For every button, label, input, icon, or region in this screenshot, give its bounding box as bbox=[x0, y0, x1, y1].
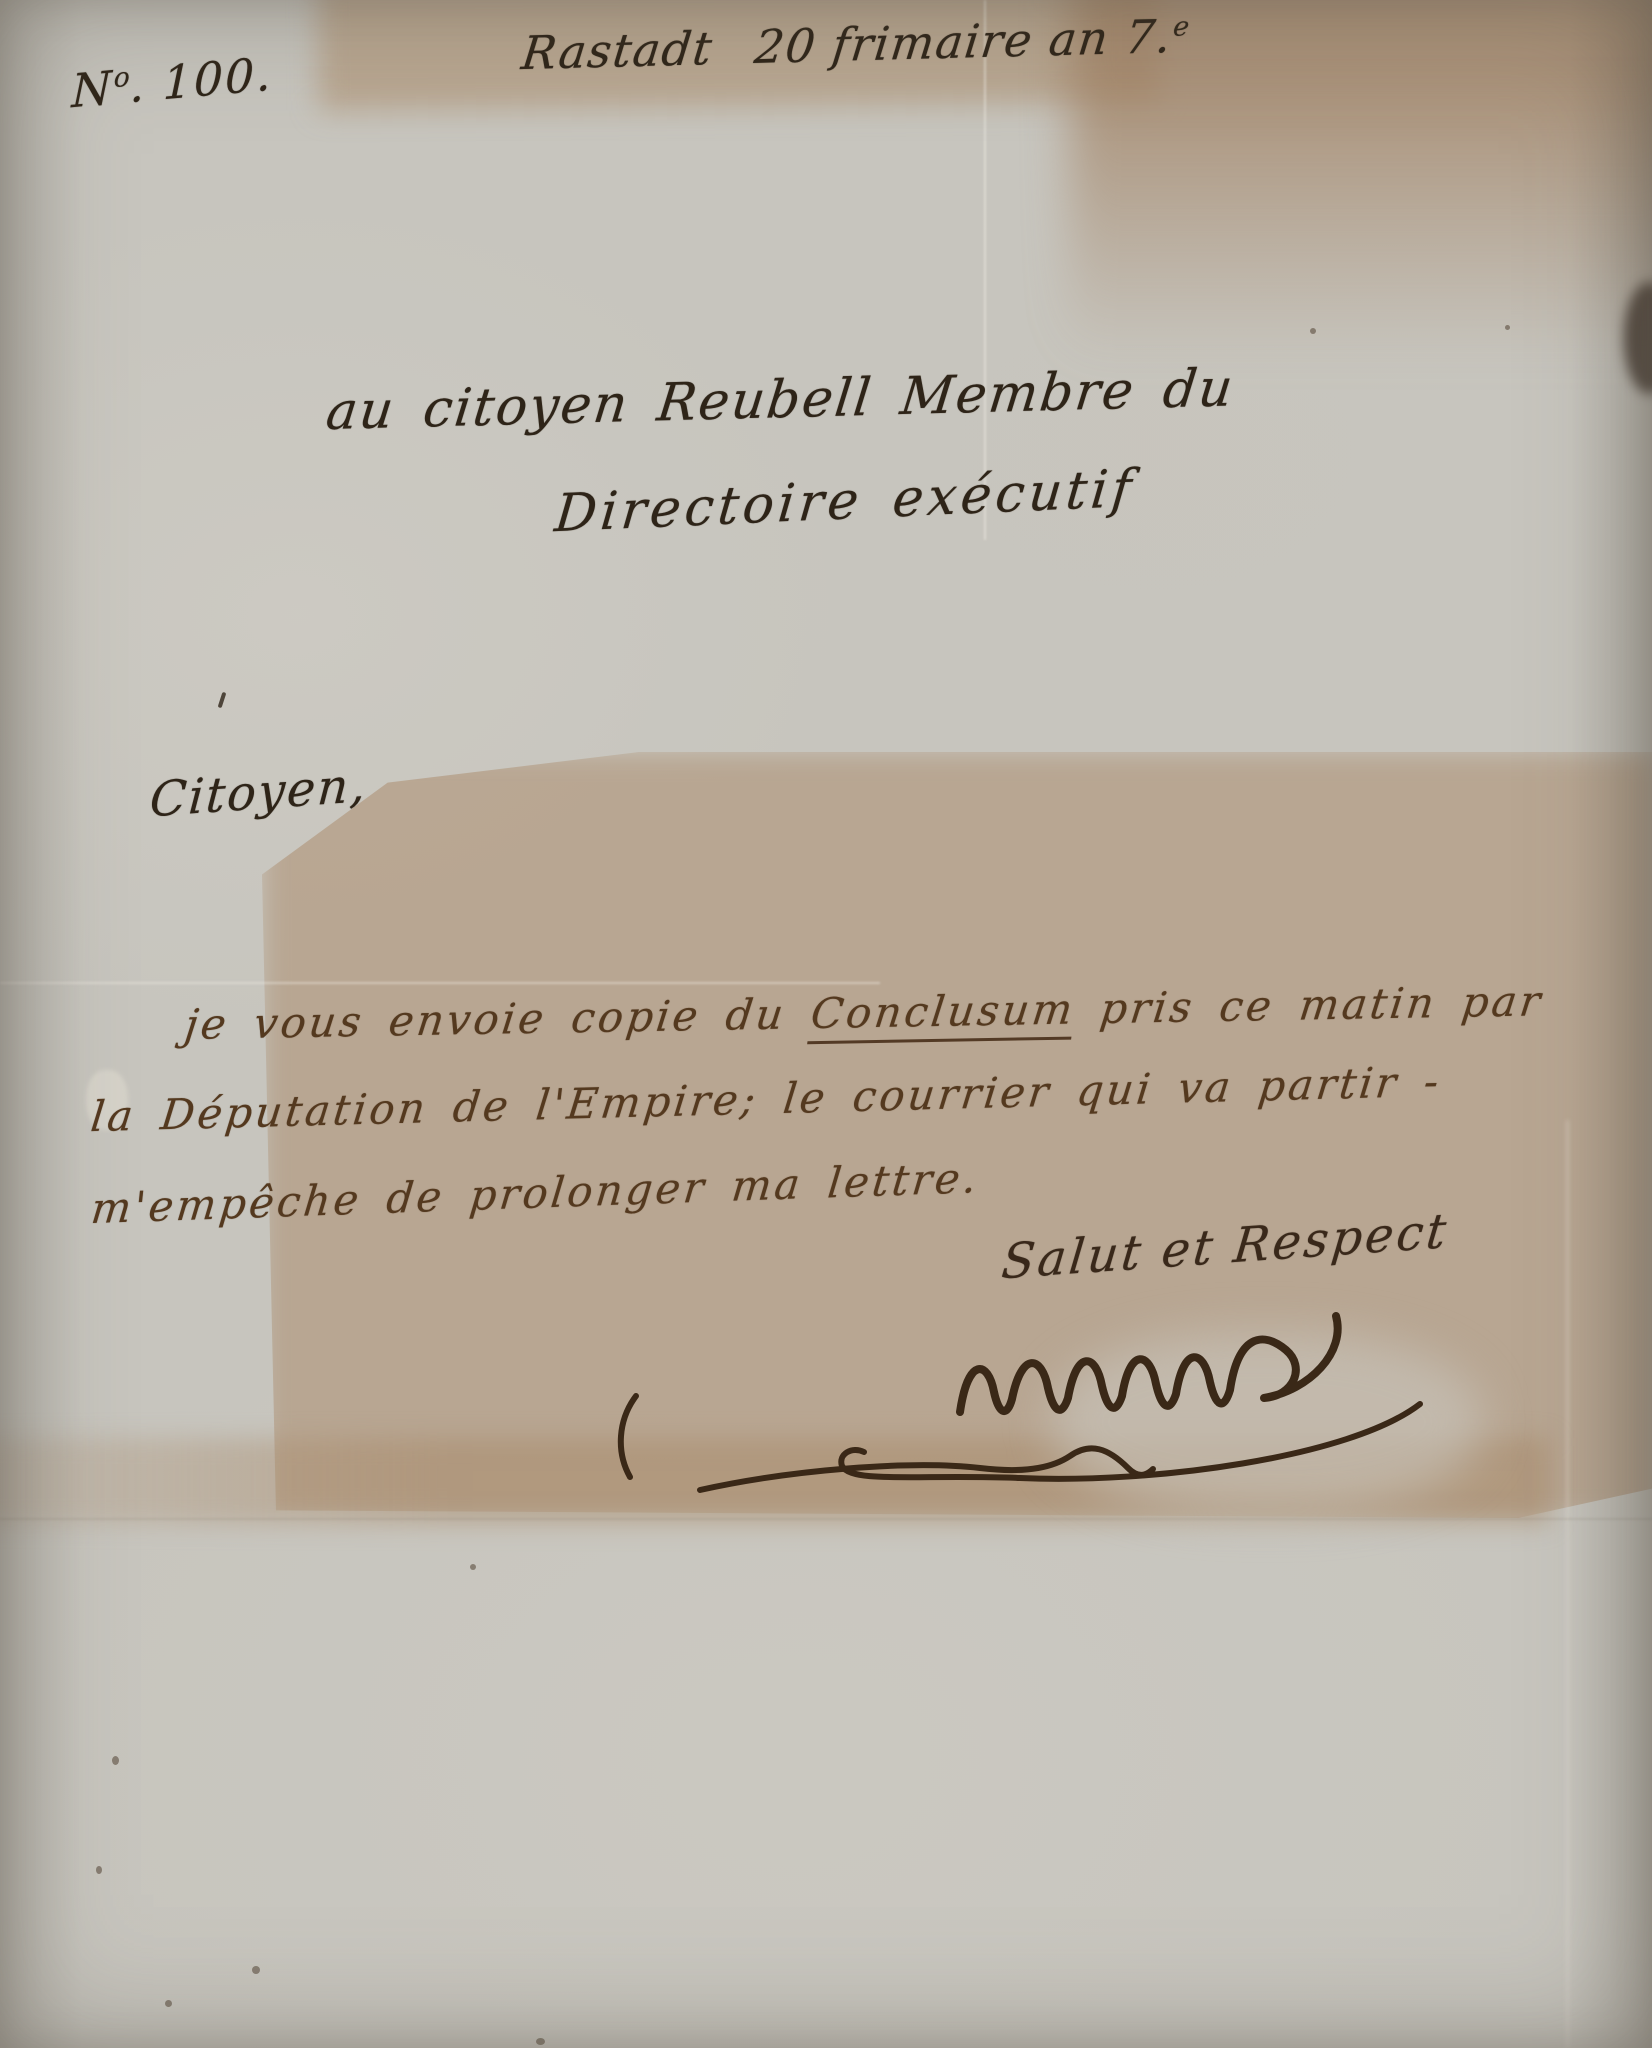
paper-speck bbox=[165, 2000, 172, 2007]
paper-speck bbox=[536, 2038, 545, 2045]
letter-photograph: No. 100. Rastadt20 frimaire an 7.e au ci… bbox=[0, 0, 1652, 2048]
body-line-1-post: pris ce matin par bbox=[1072, 976, 1546, 1033]
paper-speck bbox=[96, 1866, 102, 1874]
vertical-crease bbox=[984, 0, 986, 540]
paper-speck bbox=[1310, 328, 1316, 334]
paper-speck bbox=[1505, 325, 1510, 330]
document-number-rest: . 100. bbox=[129, 46, 273, 113]
document-number-prefix: N bbox=[71, 60, 114, 118]
salutation: Citoyen, bbox=[148, 757, 369, 829]
ink-tick-mark bbox=[218, 692, 227, 708]
paper-speck bbox=[470, 1564, 476, 1570]
body-line-1-underlined-word: Conclusum bbox=[808, 984, 1079, 1044]
address-line-1: au citoyen Reubell Membre du bbox=[323, 358, 1238, 442]
horizontal-crease-lower bbox=[0, 1518, 1652, 1520]
signature-scrawl bbox=[590, 1272, 1490, 1512]
document-number-superscript: o bbox=[113, 62, 130, 95]
dateline-place: Rastadt bbox=[519, 21, 716, 80]
vertical-fold bbox=[1566, 1120, 1569, 2048]
dateline-date: 20 frimaire an 7. bbox=[752, 9, 1176, 74]
paper-speck bbox=[252, 1966, 260, 1974]
document-number: No. 100. bbox=[71, 46, 273, 118]
horizontal-crease bbox=[0, 982, 880, 984]
paper-speck bbox=[112, 1756, 119, 1765]
address-line-2: Directoire exécutif bbox=[552, 459, 1138, 545]
